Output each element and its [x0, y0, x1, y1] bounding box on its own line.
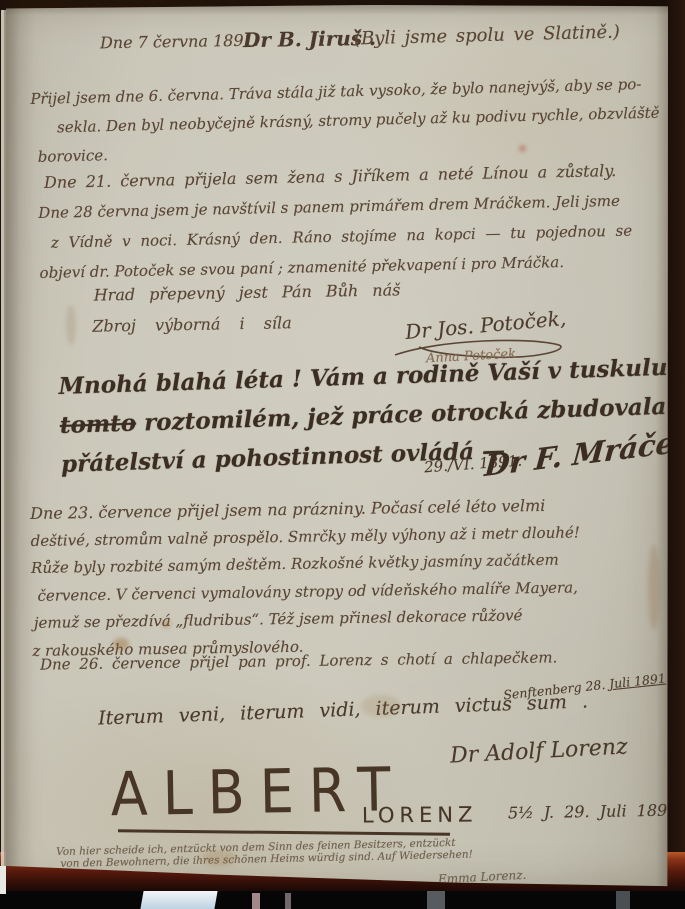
- stain-spot: [202, 850, 236, 866]
- hymn-verse: Hrad přepevný jest Pán Bůh náš Zbroj výb…: [93, 274, 401, 341]
- latin-quote: Iterum veni, iterum vidi, iterum victus …: [98, 690, 589, 731]
- gray-strip: [427, 891, 445, 909]
- lorenz-block-letters: LORENZ: [362, 801, 478, 828]
- manuscript-page: Dne 7 června 1891. Dr B. Jiruš . (Byli j…: [6, 5, 668, 887]
- albert-age-date: 5½ J. 29. Juli 1891: [508, 801, 678, 824]
- entry-june6: Přijel jsem dne 6. června. Tráva stála j…: [30, 70, 661, 172]
- photo-bottom-strip: [0, 891, 685, 909]
- albert-underline: [118, 829, 450, 835]
- entry-june28: Dne 28 června jsem je navštívil s panem …: [38, 186, 633, 288]
- entry-july23: Dne 23. července přijel jsem na prázniny…: [30, 491, 582, 665]
- pale-strip: [285, 893, 291, 909]
- struck-word: tomto: [59, 410, 136, 439]
- manuscript-photo: Dne 7 června 1891. Dr B. Jiruš . (Byli j…: [0, 0, 685, 909]
- stain-spot: [519, 145, 526, 152]
- stain-spot: [361, 695, 401, 717]
- signature-adolf-lorenz: Dr Adolf Lorenz: [449, 733, 628, 770]
- white-object: [140, 891, 217, 909]
- entry-date-heading: Dne 7 června 1891.: [100, 31, 259, 54]
- white-sliver: [0, 866, 6, 894]
- pale-strip: [252, 893, 260, 909]
- stain-spot: [66, 305, 76, 345]
- stain-spot: [162, 620, 171, 628]
- gray-strip: [616, 891, 630, 909]
- stain-spot: [648, 545, 660, 630]
- german-note: Von hier scheide ich, entzückt von dem S…: [56, 837, 473, 870]
- stain-spot: [113, 638, 129, 650]
- heading-note: (Byli jsme spolu ve Slatině.): [354, 22, 620, 51]
